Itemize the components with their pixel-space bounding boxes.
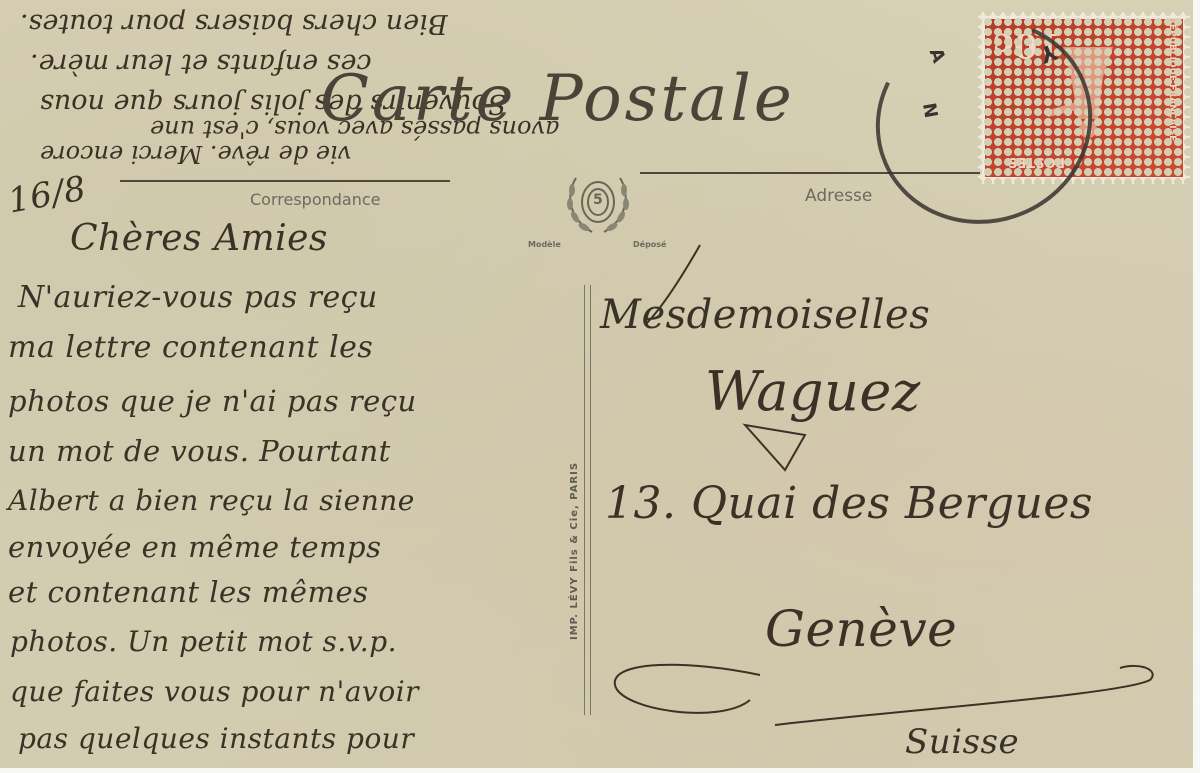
center-divider <box>584 285 591 715</box>
correspondence-line-8: et contenant les mêmes <box>8 575 369 609</box>
card-title: Carte Postale <box>320 62 795 136</box>
correspondence-label: Correspondance <box>250 190 381 209</box>
header-rule-left <box>120 180 450 182</box>
waguez-underline-flourish <box>740 415 830 475</box>
correspondence-line-11: pas quelques instants pour <box>18 722 414 755</box>
stamp-country: RÉPUBLIQUE FRANÇAISE <box>1167 17 1177 141</box>
address-flourish <box>640 240 720 330</box>
publisher-emblem: 5 <box>562 172 634 242</box>
address-label: Adresse <box>805 186 872 206</box>
correspondence-line-1: Chères Amies <box>70 218 328 259</box>
upside-down-note-line-5: vie de rêve. Merci encore <box>40 140 351 168</box>
correspondence-line-4: photos que je n'ai pas reçu <box>8 384 417 418</box>
address-line-2: Waguez <box>705 360 921 423</box>
correspondence-line-2: N'auriez-vous pas reçu <box>18 280 378 315</box>
emblem-number: 5 <box>593 192 603 208</box>
emblem-label-modele: Modèle <box>528 240 561 249</box>
upside-down-note-line-1: Bien chers baisers pour toutes. <box>20 8 448 39</box>
correspondence-line-3: ma lettre contenant les <box>8 330 373 365</box>
correspondence-line-5: un mot de vous. Pourtant <box>8 434 391 468</box>
postcard-back: Bien chers baisers pour toutes. ces enfa… <box>0 0 1193 768</box>
correspondence-date: 16/8 <box>5 169 89 222</box>
correspondence-line-9: photos. Un petit mot s.v.p. <box>10 625 397 658</box>
genève-underline-flourish <box>600 640 1160 730</box>
correspondence-line-7: envoyée en même temps <box>8 530 381 564</box>
address-line-3: 13. Quai des Bergues <box>605 478 1093 529</box>
correspondence-line-10: que faites vous pour n'avoir <box>10 675 419 708</box>
correspondence-line-6: Albert a bien reçu la sienne <box>8 484 415 517</box>
printer-imprint: IMP. LÉVY Fils & Cie, PARIS <box>569 462 580 640</box>
